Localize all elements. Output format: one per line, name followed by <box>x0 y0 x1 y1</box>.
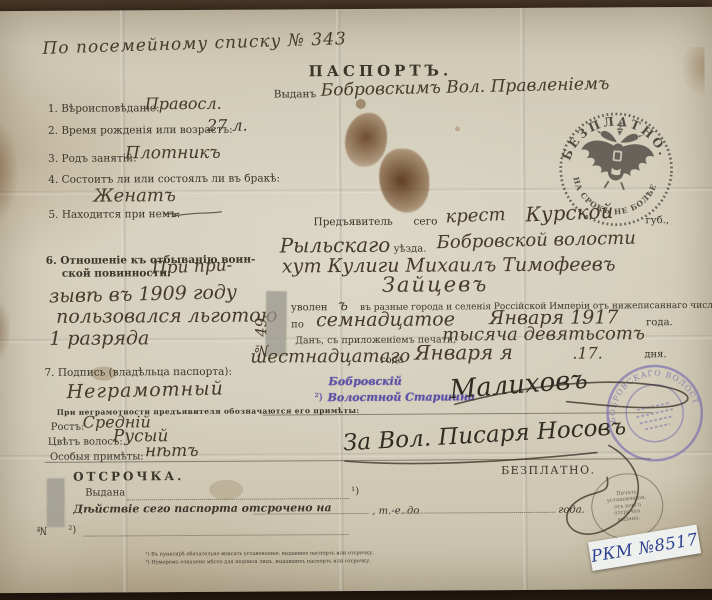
deferral-margin-no: № <box>35 507 48 537</box>
occupation-value: Плотникъ <box>125 143 221 164</box>
violet-stamp-marker: ²) <box>315 392 323 403</box>
military-duty-value-line2: зывѣ въ 1909 году <box>49 281 237 307</box>
dependents-value: — <box>163 203 179 222</box>
issue-month: Января я <box>414 340 513 365</box>
family-list-note: По посемейному списку № 343 <box>42 29 347 59</box>
blank-dotted-line <box>83 533 348 537</box>
archive-number: РКМ №8517 <box>590 530 700 566</box>
religion-label: 1. Вѣроисповѣданіе: <box>48 102 160 115</box>
corner-stain <box>682 47 704 97</box>
special-marks-value: нѣтъ <box>145 441 199 461</box>
deferral-issued-label: Выдана <box>85 487 125 498</box>
year-word: года. <box>646 317 673 328</box>
military-duty-value-line3: пользовался льготою <box>56 304 277 327</box>
age-value: 27 л. <box>207 116 248 135</box>
footnote-marker-2: ²) <box>68 525 76 536</box>
footnote-2: ²) Нумеромъ означено мѣсто для подписи л… <box>146 558 371 565</box>
sego-label: сего <box>413 215 437 227</box>
seal-note-line: выдана. <box>617 515 640 523</box>
stain-spot <box>356 99 366 109</box>
governorate-label: губ., <box>645 215 669 226</box>
blank-dotted-line <box>127 497 349 500</box>
bearer-label: Предъявитель <box>313 216 392 228</box>
volost-elder-signature: Малиховъ <box>449 365 589 405</box>
military-duty-value-line4: 1 разряда <box>49 327 149 350</box>
marital-status-label: 4. Состоитъ ли или состоялъ ли въ бракѣ: <box>48 172 280 185</box>
violet-stamp-line1: Бобровскій <box>328 375 401 388</box>
issue-day-number: .17. <box>572 343 603 362</box>
surname-value: Зайцевъ <box>382 272 489 297</box>
military-duty-value-line1: При при- <box>151 255 232 278</box>
volost-violet-seal: БОБРОВСКАГО ВОЛОСТНОГО ПРАВЛЕНІЯ <box>590 349 712 478</box>
dependents-label: 5. Находится при немъ: <box>48 208 180 221</box>
height-label: Ростъ: <box>51 422 85 433</box>
photographed-passport-document: { "photo": { "background_color": "#33271… <box>0 0 712 600</box>
blank-dotted-line <box>253 512 368 515</box>
estate-value-peasant: крест <box>445 204 506 227</box>
edge-stain <box>0 121 18 221</box>
valid-until-day: семнадцатое <box>316 308 455 331</box>
deferral-title: ОТСРОЧКА. <box>73 469 184 484</box>
clerk-signature: За Вол. Писаря Носовъ <box>342 414 626 457</box>
year-word-2: года <box>380 355 403 366</box>
hair-color-label: Цвѣтъ волосъ: <box>48 436 123 447</box>
blank-dotted-line <box>403 511 555 514</box>
occupation-label: 3. Родъ занятій: <box>48 152 137 165</box>
passport-paper-sheet: По посемейному списку № 343 ПАСПОРТЪ. Вы… <box>0 7 712 593</box>
uezd-label: уѣзда. <box>394 244 427 255</box>
age-label: 2. Время рожденія или возрастъ: <box>48 124 233 137</box>
tape-band <box>47 479 64 527</box>
signature-value-illiterate: Неграмотный <box>66 377 224 403</box>
until-label: по <box>291 319 304 330</box>
edge-stain <box>0 299 10 361</box>
volost-value: Бобровской волости <box>436 228 636 254</box>
foxing-spot <box>455 126 460 131</box>
violet-seal-center-marks <box>635 402 676 430</box>
issued-by-label: Выданъ <box>274 88 317 100</box>
ink-stain <box>379 149 429 213</box>
uezd-value: Рыльскаго <box>280 233 391 258</box>
religion-value: Правосл. <box>145 94 222 113</box>
free-of-charge-note: БЕЗПЛАТНО. <box>501 464 596 478</box>
governorate-value: Курской <box>525 199 614 227</box>
year-label: года. <box>558 505 585 516</box>
ink-stain <box>345 113 387 167</box>
footnote-marker-1: ¹) <box>351 486 359 497</box>
